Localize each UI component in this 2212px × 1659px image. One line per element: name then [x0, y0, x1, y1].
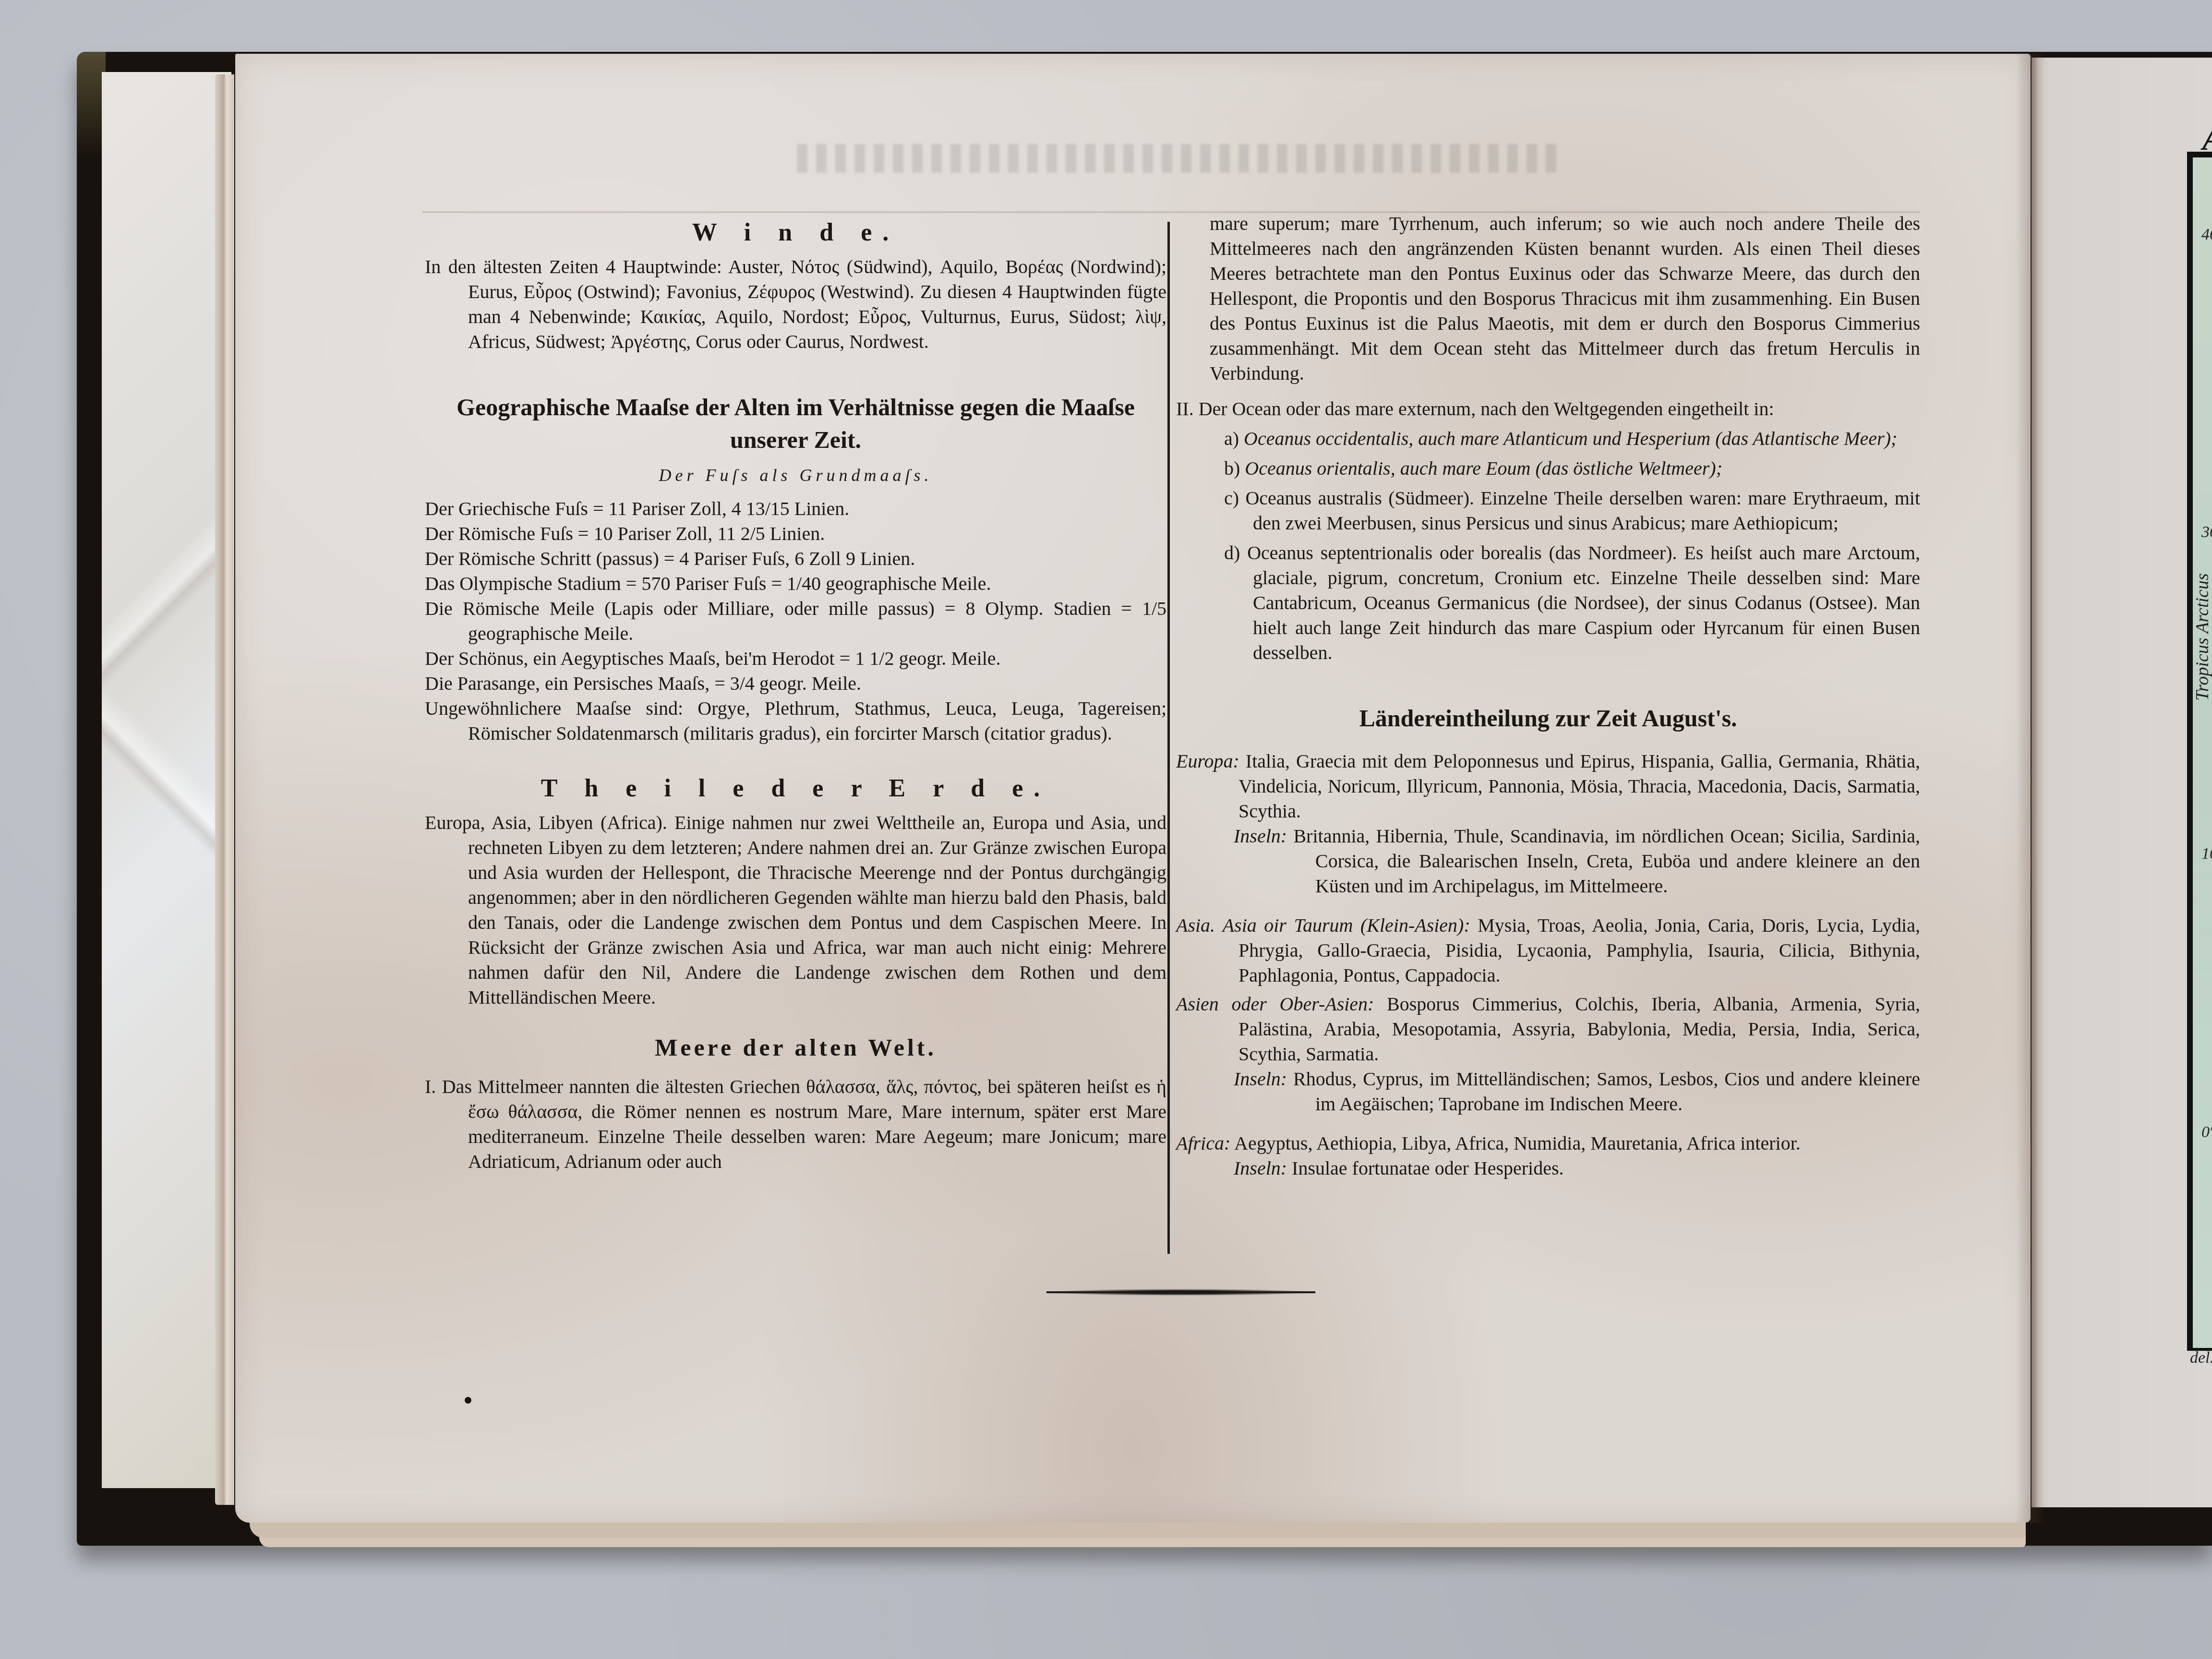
region-text: Italia, Graecia mit dem Peloponnesus und… [1238, 750, 1920, 822]
ink-speck [465, 1397, 471, 1404]
map-rotated-label: Tropicus Arcticus [2192, 573, 2212, 701]
theile-paragraph: Europa, Asia, Libyen (Africa). Einige na… [425, 810, 1166, 1010]
maasse-line: Die Römische Meile (Lapis oder Milliare,… [425, 596, 1166, 646]
region-label: Africa: [1176, 1132, 1230, 1154]
left-column: W i n d e. In den ältesten Zeiten 4 Haup… [425, 211, 1166, 1174]
ocean-label: c) [1224, 487, 1239, 509]
region-label: Asia. [1176, 914, 1215, 936]
section-title-winde: W i n d e. [425, 211, 1166, 254]
page-stack-edge [215, 74, 234, 1505]
maasse-line: Der Römische Schritt (passus) = 4 Parise… [425, 546, 1166, 571]
ocean-item-c: c) Oceanus australis (Südmeer). Einzelne… [1176, 486, 1920, 536]
region-africa: Africa: Aegyptus, Aethiopia, Libya, Afri… [1176, 1131, 1920, 1156]
section-title-meere: Meere der alten Welt. [425, 1031, 1166, 1064]
section-title-maasse: Geographische Maaſse der Alten im Verhäl… [425, 391, 1166, 456]
map-credit: del. [2190, 1349, 2212, 1367]
ocean-text: Oceanus australis (Südmeer). Einzelne Th… [1245, 487, 1920, 534]
winde-paragraph: In den ältesten Zeiten 4 Hauptwinde: Aus… [425, 254, 1166, 354]
islands-label: Inseln: [1234, 1068, 1287, 1090]
endpaper-fold-crease [102, 72, 231, 1488]
maasse-line: Der Griechische Fuſs = 11 Pariser Zoll, … [425, 496, 1166, 521]
gutter-shadow [2016, 54, 2045, 1523]
ocean-text: Oceanus septentrionalis oder borealis (d… [1247, 542, 1920, 663]
ocean-text: Oceanus orientalis, auch mare Eoum (das … [1245, 457, 1722, 479]
region-africa-islands: Inseln: Insulae fortunatae oder Hesperid… [1176, 1156, 1920, 1181]
meere-item-I: I. Das Mittelmeer nannten die ältesten G… [425, 1074, 1166, 1174]
maasse-subtitle: Der Fuſs als Grundmaaſs. [425, 463, 1166, 488]
maasse-line: Der Römische Fuſs = 10 Pariser Zoll, 11 … [425, 521, 1166, 546]
item-label: I. [425, 1076, 436, 1097]
maasse-line: Das Olympische Stadium = 570 Pariser Fuſ… [425, 571, 1166, 596]
item-label: II. [1176, 398, 1194, 420]
map-lat-label: 10 [2201, 845, 2212, 863]
ocean-item-b: b) Oceanus orientalis, auch mare Eoum (d… [1176, 456, 1920, 481]
bleed-through-header [797, 144, 1565, 173]
item-text: Der Ocean oder das mare externum, nach d… [1199, 398, 1774, 420]
map-lat-label: 40 [2201, 226, 2212, 244]
right-page [2032, 58, 2212, 1507]
ocean-item-a: a) Oceanus occidentalis, auch mare Atlan… [1176, 426, 1920, 451]
cover-wear [77, 52, 106, 157]
islands-text: Britannia, Hibernia, Thule, Scandinavia,… [1293, 825, 1920, 897]
section-title-laender: Ländereintheilung zur Zeit August's. [1176, 702, 1920, 734]
islands-label: Inseln: [1234, 825, 1287, 847]
region-text: Aegyptus, Aethiopia, Libya, Africa, Numi… [1234, 1132, 1801, 1154]
closing-ornament-line [1046, 1291, 1315, 1293]
region-europa-islands: Inseln: Britannia, Hibernia, Thule, Scan… [1176, 824, 1920, 899]
region-ober-asien: Asien oder Ober-Asien: Bosporus Cimmeriu… [1176, 992, 1920, 1067]
item-text: Das Mittelmeer nannten die ältesten Grie… [442, 1076, 1166, 1172]
ocean-label: d) [1224, 542, 1240, 564]
maasse-line: Der Schönus, ein Aegyptisches Maaſs, bei… [425, 646, 1166, 671]
meere-continuation: mare superum; mare Tyrrhenum, auch infer… [1176, 211, 1920, 386]
region-sublabel: Asia oir Taurum (Klein-Asien): [1223, 914, 1470, 936]
region-europa: Europa: Italia, Graecia mit dem Peloponn… [1176, 749, 1920, 824]
islands-text: Insulae fortunatae oder Hesperides. [1292, 1157, 1563, 1179]
map-frame [2187, 152, 2212, 1351]
section-title-theile: T h e i l e d e r E r d e. [425, 767, 1166, 810]
ocean-label: a) [1224, 428, 1239, 449]
ocean-label: b) [1224, 457, 1240, 479]
ocean-item-d: d) Oceanus septentrionalis oder borealis… [1176, 541, 1920, 665]
meere-item-II: II. Der Ocean oder das mare externum, na… [1176, 397, 1920, 421]
maasse-line: Die Parasange, ein Persisches Maaſs, = 3… [425, 671, 1166, 696]
islands-label: Inseln: [1234, 1157, 1287, 1179]
region-label: Asien oder Ober-Asien: [1176, 993, 1374, 1015]
right-column: mare superum; mare Tyrrhenum, auch infer… [1176, 211, 1920, 1181]
maasse-line: Ungewöhnlichere Maaſse sind: Orgye, Plet… [425, 696, 1166, 746]
ocean-text: Oceanus occidentalis, auch mare Atlantic… [1244, 428, 1897, 449]
islands-text: Rhodus, Cyprus, im Mittelländischen; Sam… [1293, 1068, 1920, 1115]
region-asia-minor: Asia. Asia oir Taurum (Klein-Asien): Mys… [1176, 913, 1920, 988]
column-divider [1167, 222, 1170, 1254]
map-lat-label: 0° [2201, 1123, 2212, 1142]
region-label: Europa: [1176, 750, 1239, 772]
region-asia-islands: Inseln: Rhodus, Cyprus, im Mittelländisc… [1176, 1067, 1920, 1117]
map-title-fragment: A [2202, 120, 2212, 158]
map-lat-label: 30 [2201, 523, 2212, 541]
